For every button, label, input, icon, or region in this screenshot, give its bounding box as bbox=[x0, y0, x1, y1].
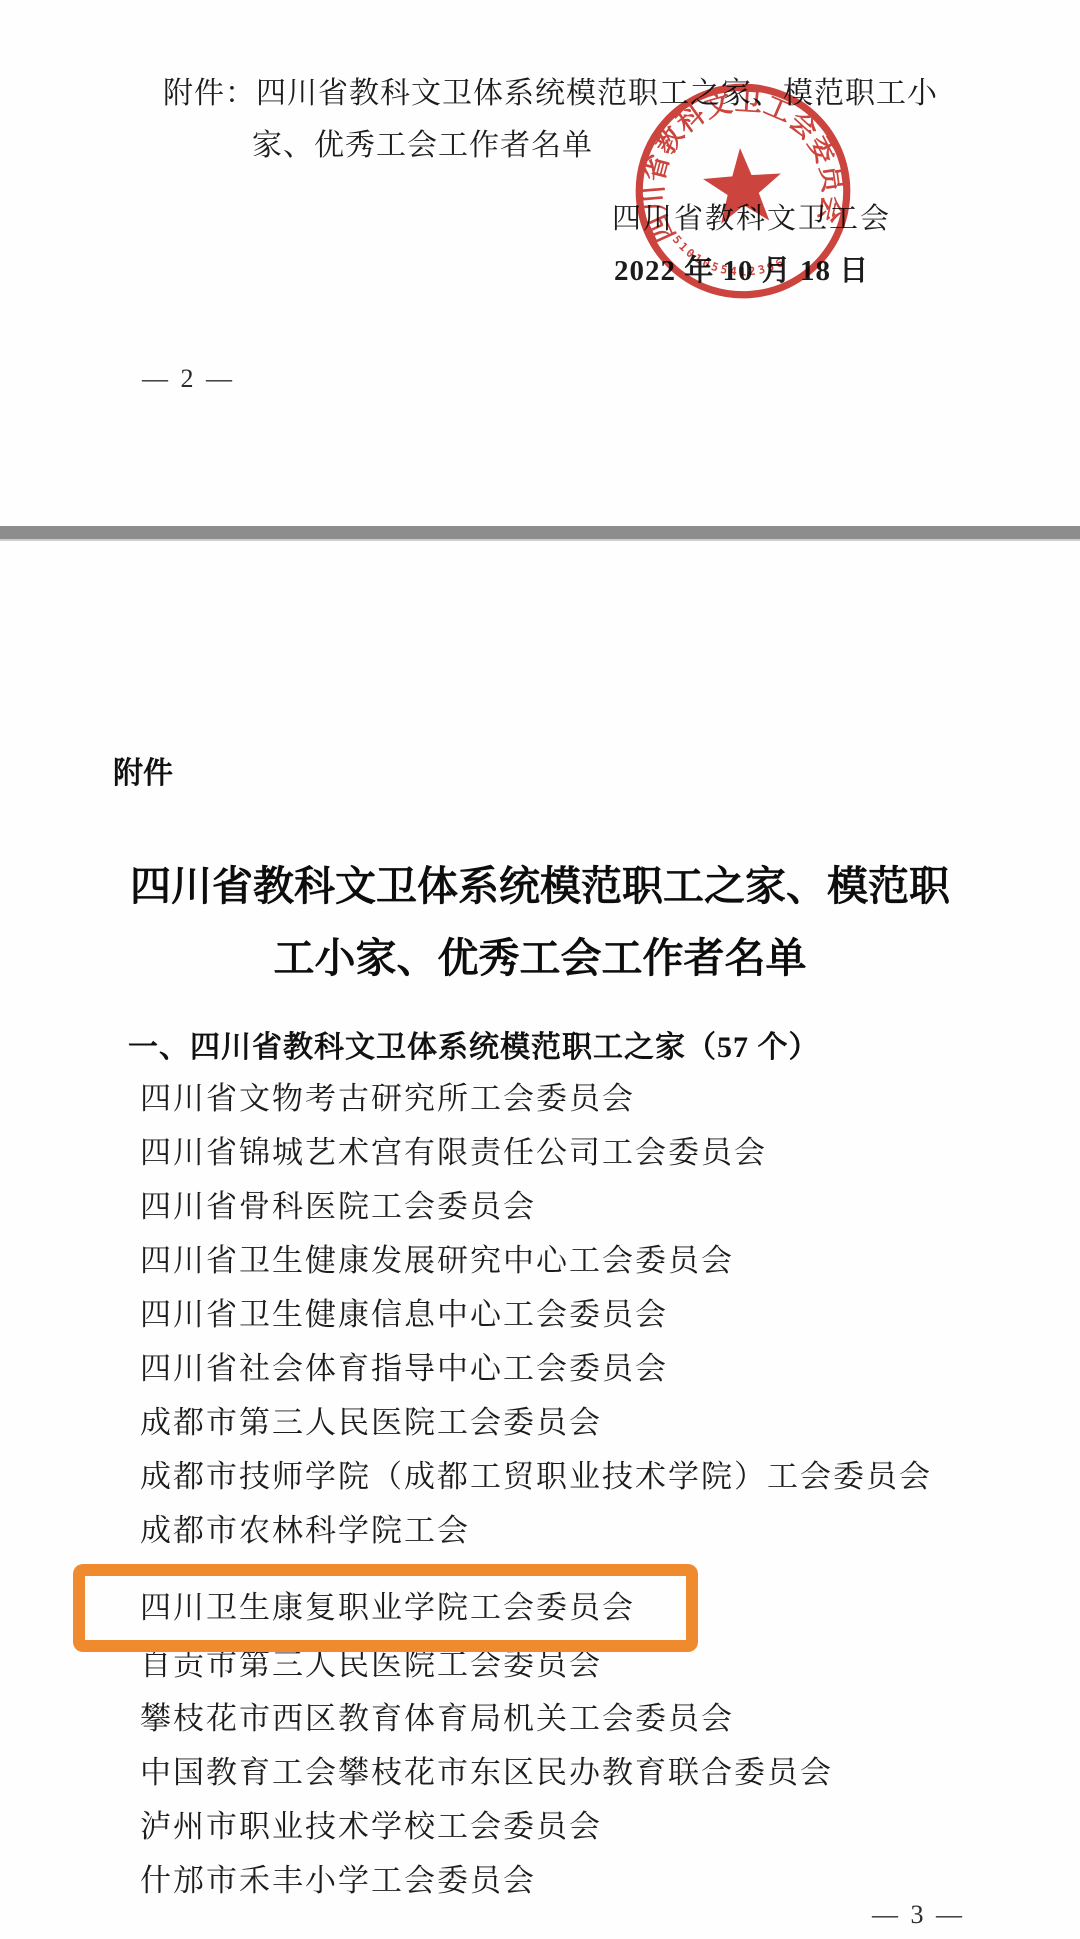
document-title-line2: 工小家、优秀工会工作者名单 bbox=[0, 922, 1080, 994]
union-list: 四川省文物考古研究所工会委员会四川省锦城艺术宫有限责任公司工会委员会四川省骨科医… bbox=[140, 1072, 1060, 1908]
document-title-line1: 四川省教科文卫体系统模范职工之家、模范职 bbox=[0, 850, 1080, 922]
list-item: 成都市农林科学院工会 bbox=[140, 1504, 1060, 1558]
list-item: 中国教育工会攀枝花市东区民办教育联合委员会 bbox=[140, 1746, 1060, 1800]
document-scan: 附件：四川省教科文卫体系统模范职工之家、模范职工小 家、优秀工会工作者名单 四川… bbox=[0, 0, 1080, 1939]
list-item-highlighted: 四川卫生康复职业学院工会委员会 bbox=[140, 1586, 676, 1630]
attachment-label: 附件 bbox=[113, 748, 173, 792]
list-item: 四川省卫生健康信息中心工会委员会 bbox=[140, 1288, 1060, 1342]
official-red-seal: 四川省教科文卫工会委员会 5101055412396 bbox=[622, 70, 863, 311]
page-number-2: — 2 — bbox=[142, 364, 235, 394]
page-break-divider bbox=[0, 526, 1080, 541]
list-item: 泸州市职业技术学校工会委员会 bbox=[140, 1800, 1060, 1854]
list-item: 四川省文物考古研究所工会委员会 bbox=[140, 1072, 1060, 1126]
list-item: 攀枝花市西区教育体育局机关工会委员会 bbox=[140, 1692, 1060, 1746]
list-item: 四川省锦城艺术宫有限责任公司工会委员会 bbox=[140, 1126, 1060, 1180]
attachment-note-line2: 家、优秀工会工作者名单 bbox=[252, 120, 593, 164]
list-item: 成都市第三人民医院工会委员会 bbox=[140, 1396, 1060, 1450]
document-title: 四川省教科文卫体系统模范职工之家、模范职 工小家、优秀工会工作者名单 bbox=[0, 850, 1080, 994]
list-item: 四川省卫生健康发展研究中心工会委员会 bbox=[140, 1234, 1060, 1288]
highlight-annotation-box: 四川卫生康复职业学院工会委员会 bbox=[73, 1564, 698, 1652]
list-item: 成都市技师学院（成都工贸职业技术学院）工会委员会 bbox=[140, 1450, 1060, 1504]
seal-star-icon bbox=[701, 145, 784, 225]
section-heading: 一、四川省教科文卫体系统模范职工之家（57 个） bbox=[128, 1022, 820, 1066]
page-number-3: — 3 — bbox=[872, 1900, 965, 1930]
list-item: 四川省社会体育指导中心工会委员会 bbox=[140, 1342, 1060, 1396]
list-item: 四川省骨科医院工会委员会 bbox=[140, 1180, 1060, 1234]
